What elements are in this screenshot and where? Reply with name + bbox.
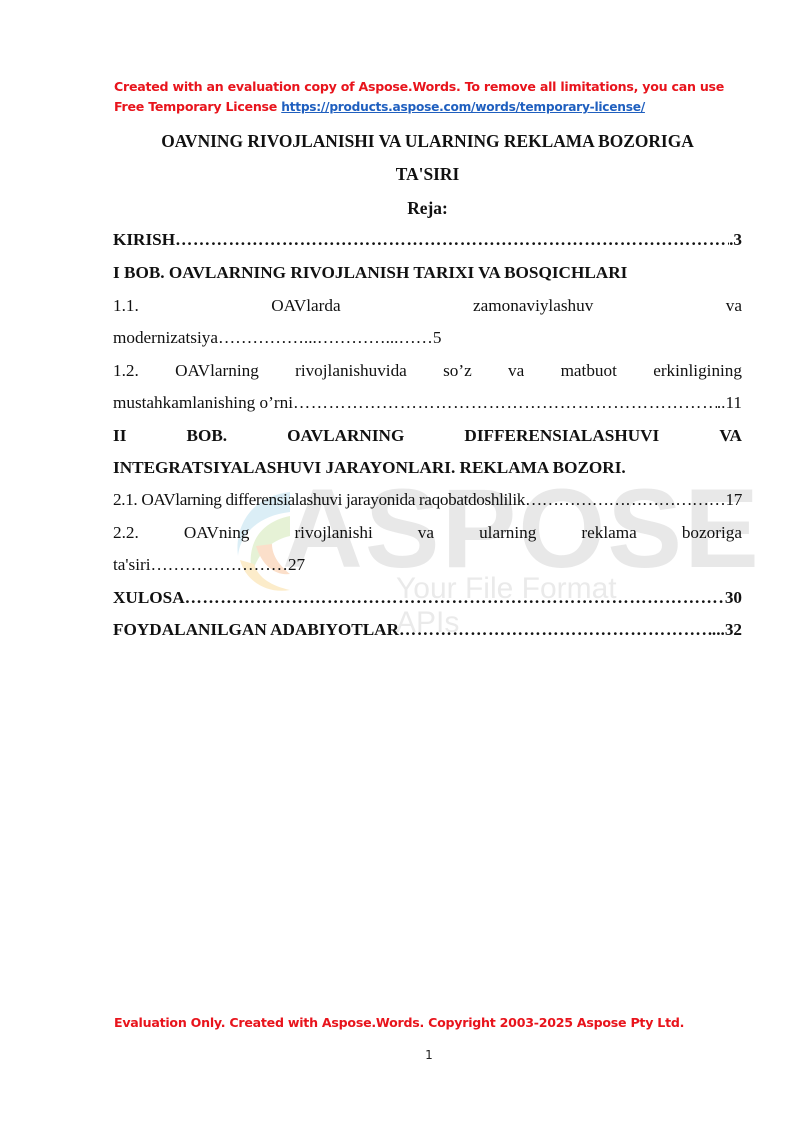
toc-word: bozoriga	[682, 523, 742, 543]
toc-word: erkinligining	[653, 361, 742, 381]
evaluation-notice-line2: Free Temporary License https://products.…	[114, 97, 734, 117]
toc-word: matbuot	[561, 361, 617, 381]
evaluation-notice-line1: Created with an evaluation copy of Aspos…	[114, 77, 734, 97]
toc-page-number: ……17	[692, 490, 742, 510]
toc-leader	[399, 620, 712, 640]
evaluation-notice: Created with an evaluation copy of Aspos…	[114, 77, 734, 117]
toc-word: zamonaviylashuv	[473, 296, 593, 316]
toc-entry-2-2-line2: ta'siri……………………27	[113, 555, 742, 575]
toc-entry-1-1-line2: modernizatsiya……………...…………...……5	[113, 328, 742, 348]
temporary-license-link[interactable]: https://products.aspose.com/words/tempor…	[281, 100, 645, 114]
toc-entry-2-2-line1: 2.2. OAVning rivojlanishi va ularning re…	[113, 523, 742, 543]
license-label: Free Temporary License	[114, 99, 281, 114]
toc-label: FOYDALANILGAN ADABIYOTLAR	[113, 620, 399, 640]
toc-entry-kirish: KIRISH .3	[113, 230, 742, 250]
toc-word: BOB.	[186, 426, 227, 446]
toc-leader	[525, 490, 692, 510]
toc-label: KIRISH	[113, 230, 175, 250]
toc-label: XULOSA	[113, 588, 185, 608]
toc-page-number: ..11	[717, 393, 742, 413]
toc-word: so’z	[443, 361, 472, 381]
toc-word: OAVlarning	[175, 361, 259, 381]
toc-word: OAVning	[184, 523, 250, 543]
toc-label: mustahkamlanishing o’rni	[113, 393, 293, 413]
toc-word: ularning	[479, 523, 536, 543]
document-title-line2: TA'SIRI	[100, 164, 755, 185]
toc-entry-2-1: 2.1. OAVlarning differensialashuvi jaray…	[113, 490, 742, 510]
toc-leader	[293, 393, 717, 413]
page-number: 1	[0, 1048, 800, 1062]
toc-word: va	[418, 523, 434, 543]
toc-word: OAVLARNING	[287, 426, 404, 446]
document-title-line1: OAVNING RIVOJLANISHI VA ULARNING REKLAMA…	[100, 131, 755, 152]
toc-page-number: ...32	[712, 620, 742, 640]
toc-page-number: 30	[725, 588, 742, 608]
toc-word: 1.2.	[113, 361, 139, 381]
toc-entry-adabiyotlar: FOYDALANILGAN ADABIYOTLAR ...32	[113, 620, 742, 640]
toc-page-number: .3	[729, 230, 742, 250]
toc-leader	[185, 588, 725, 608]
toc-word: 2.2.	[113, 523, 139, 543]
toc-leader	[175, 230, 729, 250]
toc-label: 2.1. OAVlarning differensialashuvi jaray…	[113, 490, 525, 510]
toc-word: reklama	[581, 523, 636, 543]
plan-heading: Reja:	[100, 198, 755, 219]
toc-word: rivojlanishi	[294, 523, 372, 543]
toc-entry-chapter2-line1: II BOB. OAVLARNING DIFFERENSIALASHUVI VA	[113, 426, 742, 446]
toc-word: II	[113, 426, 126, 446]
toc-word: rivojlanishuvida	[295, 361, 407, 381]
toc-word: DIFFERENSIALASHUVI	[464, 426, 659, 446]
toc-entry-xulosa: XULOSA 30	[113, 588, 742, 608]
evaluation-footer-notice: Evaluation Only. Created with Aspose.Wor…	[114, 1015, 714, 1030]
document-page: Created with an evaluation copy of Aspos…	[0, 0, 800, 1130]
toc-word: 1.1.	[113, 296, 139, 316]
toc-word: va	[726, 296, 742, 316]
toc-word: va	[508, 361, 524, 381]
toc-entry-chapter2-line2: INTEGRATSIYALASHUVI JARAYONLARI. REKLAMA…	[113, 458, 742, 478]
toc-word: OAVlarda	[271, 296, 340, 316]
toc-entry-1-2-line2: mustahkamlanishing o’rni ..11	[113, 393, 742, 413]
toc-entry-chapter1: I BOB. OAVLARNING RIVOJLANISH TARIXI VA …	[113, 263, 742, 283]
toc-entry-1-1-line1: 1.1. OAVlarda zamonaviylashuv va	[113, 296, 742, 316]
toc-entry-1-2-line1: 1.2. OAVlarning rivojlanishuvida so’z va…	[113, 361, 742, 381]
toc-word: VA	[719, 426, 742, 446]
